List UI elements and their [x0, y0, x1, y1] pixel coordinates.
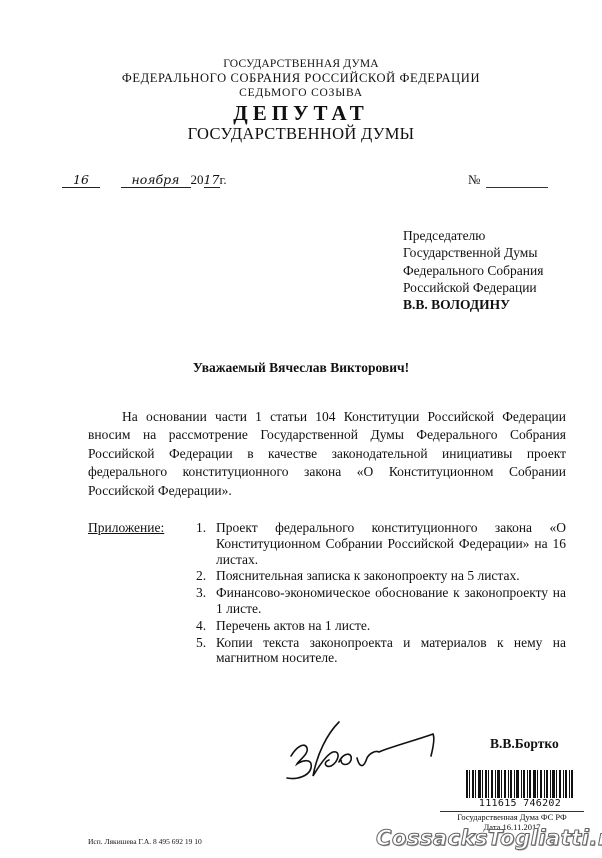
- addressee-name: В.В. ВОЛОДИНУ: [403, 296, 543, 313]
- addressee-line-2: Государственной Думы: [403, 244, 543, 261]
- attachment-item: 1.Проект федерального конституционного з…: [196, 520, 566, 567]
- attachment-item: 2.Пояснительная записка к законопроекту …: [196, 568, 566, 584]
- letterhead-subtitle: ГОСУДАРСТВЕННОЙ ДУМЫ: [0, 124, 602, 144]
- letterhead-line-1: ГОСУДАРСТВЕННАЯ ДУМА: [0, 57, 602, 71]
- addressee-line-1: Председателю: [403, 227, 543, 244]
- addressee-line-4: Российской Федерации: [403, 279, 543, 296]
- body-paragraph: На основании части 1 статьи 104 Конститу…: [88, 408, 566, 500]
- attachment-item: 4.Перечень актов на 1 листе.: [196, 618, 566, 634]
- date-line: 16 ноября2017г.: [62, 172, 227, 192]
- letterhead-line-2: ФЕДЕРАЛЬНОГО СОБРАНИЯ РОССИЙСКОЙ ФЕДЕРАЦ…: [0, 71, 602, 85]
- date-year-mark: г.: [220, 172, 227, 187]
- executor-note: Исп. Лякишева Г.А. 8 495 692 19 10: [88, 837, 202, 846]
- greeting: Уважаемый Вячеслав Викторович!: [0, 360, 602, 376]
- number-value: [486, 174, 548, 188]
- stamp-organization: Государственная Дума ФС РФ: [440, 812, 584, 822]
- attachment-item: 5.Копии текста законопроекта и материало…: [196, 635, 566, 667]
- addressee-line-3: Федерального Собрания: [403, 262, 543, 279]
- date-year-suffix: 17: [204, 172, 220, 188]
- signer-name: В.В.Бортко: [490, 736, 559, 752]
- date-year-prefix: 20: [191, 172, 204, 187]
- site-watermark: CossacksTogliatti.ru: [376, 826, 602, 850]
- date-day: 16: [62, 172, 100, 188]
- document-number: №: [468, 172, 548, 188]
- letterhead-title: ДЕПУТАТ: [0, 101, 602, 125]
- attachments-label: Приложение:: [88, 520, 164, 536]
- number-label: №: [468, 172, 480, 187]
- handwritten-signature: [283, 708, 443, 788]
- date-month: ноября: [121, 172, 191, 188]
- attachment-item: 3.Финансово-экономическое обоснование к …: [196, 585, 566, 617]
- barcode-number: 111615 746202: [466, 798, 574, 809]
- attachments-list: 1.Проект федерального конституционного з…: [196, 520, 566, 667]
- addressee-block: Председателю Государственной Думы Федера…: [403, 227, 543, 313]
- letterhead-line-3: СЕДЬМОГО СОЗЫВА: [0, 86, 602, 100]
